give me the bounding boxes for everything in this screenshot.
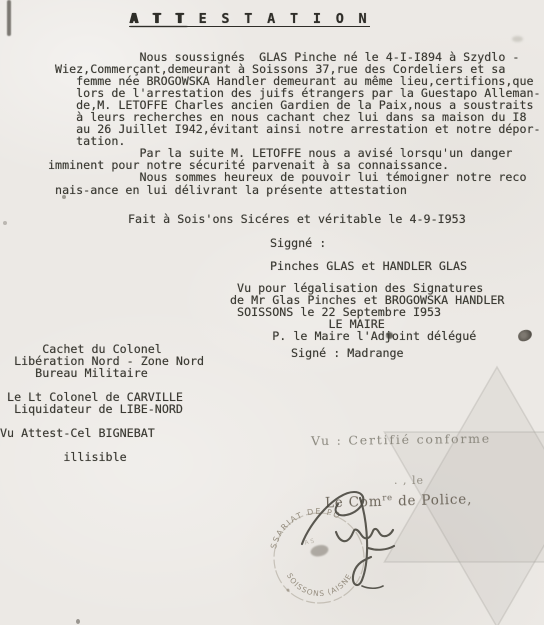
adjoint-ink-dot — [386, 332, 393, 339]
signatories-line: Pinches GLAS et HANDLER GLAS — [270, 260, 467, 272]
fait-line: Fait à Sois'ons Sicéres et véritable le … — [128, 213, 466, 225]
legalisation-block: Vu pour légalisation des Signatures de M… — [230, 282, 504, 342]
title-rest-letters: E S T A T I O N — [187, 11, 370, 27]
attestation-paragraph: Nous soussignés GLAS Pinche né le 4-I-I8… — [48, 51, 541, 196]
scan-smudge — [512, 36, 523, 42]
title-overstruck-letters: A T T — [130, 11, 187, 27]
scan-speck — [3, 221, 7, 225]
document-page: A T T E S T A T I O N Nous soussignés GL… — [0, 0, 544, 625]
signe-label: Siggné : — [270, 237, 326, 249]
handwritten-signature — [288, 482, 418, 602]
scan-speck — [76, 619, 80, 624]
ink-blob — [517, 329, 533, 343]
vu-certifie-line: Vu : Certifié conforme — [311, 431, 491, 449]
document-title: A T T E S T A T I O N — [130, 11, 370, 27]
scan-edge-mark — [7, 0, 11, 36]
left-column-block: Cachet du Colonel Libération Nord - Zone… — [0, 343, 204, 463]
signe-madrange-line: Signé : Madrange — [291, 347, 404, 359]
